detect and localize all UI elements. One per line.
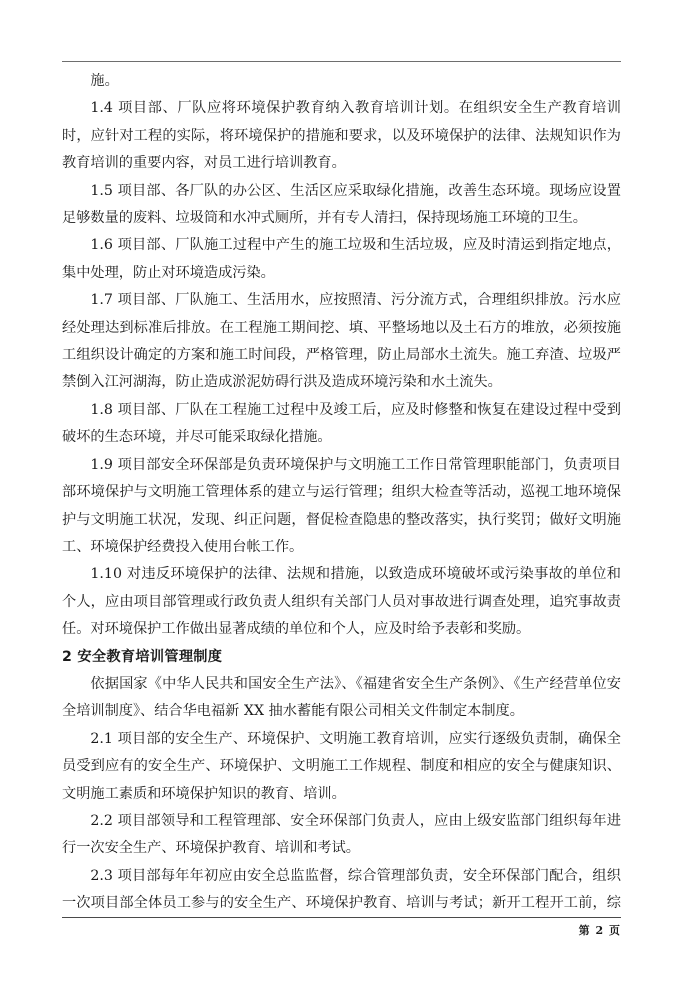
header-rule <box>62 61 621 62</box>
section-2-heading: 2 安全教育培训管理制度 <box>62 644 621 671</box>
paragraph-2-intro: 依据国家《中华人民共和国安全生产法》、《福建省安全生产条例》、《生产经营单位安全… <box>62 671 621 726</box>
paragraph-1-10: 1.10 对违反环境保护的法律、法规和措施，以致造成环境破坏或污染事故的单位和个… <box>62 561 621 643</box>
paragraph-continuation: 施。 <box>62 68 621 95</box>
paragraph-1-6: 1.6 项目部、厂队施工过程中产生的施工垃圾和生活垃圾，应及时清运到指定地点，集… <box>62 232 621 287</box>
paragraph-2-1: 2.1 项目部的安全生产、环境保护、文明施工教育培训，应实行逐级负责制，确保全员… <box>62 726 621 808</box>
paragraph-1-9: 1.9 项目部安全环保部是负责环境保护与文明施工工作日常管理职能部门，负责项目部… <box>62 452 621 562</box>
paragraph-2-3: 2.3 项目部每年年初应由安全总监监督，综合管理部负责，安全环保部门配合，组织一… <box>62 863 621 918</box>
paragraph-1-4: 1.4 项目部、厂队应将环境保护教育纳入教育培训计划。在组织安全生产教育培训时，… <box>62 95 621 177</box>
paragraph-1-8: 1.8 项目部、厂队在工程施工过程中及竣工后，应及时修整和恢复在建设过程中受到破… <box>62 397 621 452</box>
paragraph-1-7: 1.7 项目部、厂队施工、生活用水，应按照清、污分流方式，合理组织排放。污水应经… <box>62 287 621 397</box>
document-body: 施。 1.4 项目部、厂队应将环境保护教育纳入教育培训计划。在组织安全生产教育培… <box>62 68 621 918</box>
page-number: 第 2 页 <box>579 922 621 938</box>
footer-rule <box>62 917 621 918</box>
paragraph-1-5: 1.5 项目部、各厂队的办公区、生活区应采取绿化措施，改善生态环境。现场应设置足… <box>62 178 621 233</box>
paragraph-2-2: 2.2 项目部领导和工程管理部、安全环保部门负责人，应由上级安监部门组织每年进行… <box>62 808 621 863</box>
